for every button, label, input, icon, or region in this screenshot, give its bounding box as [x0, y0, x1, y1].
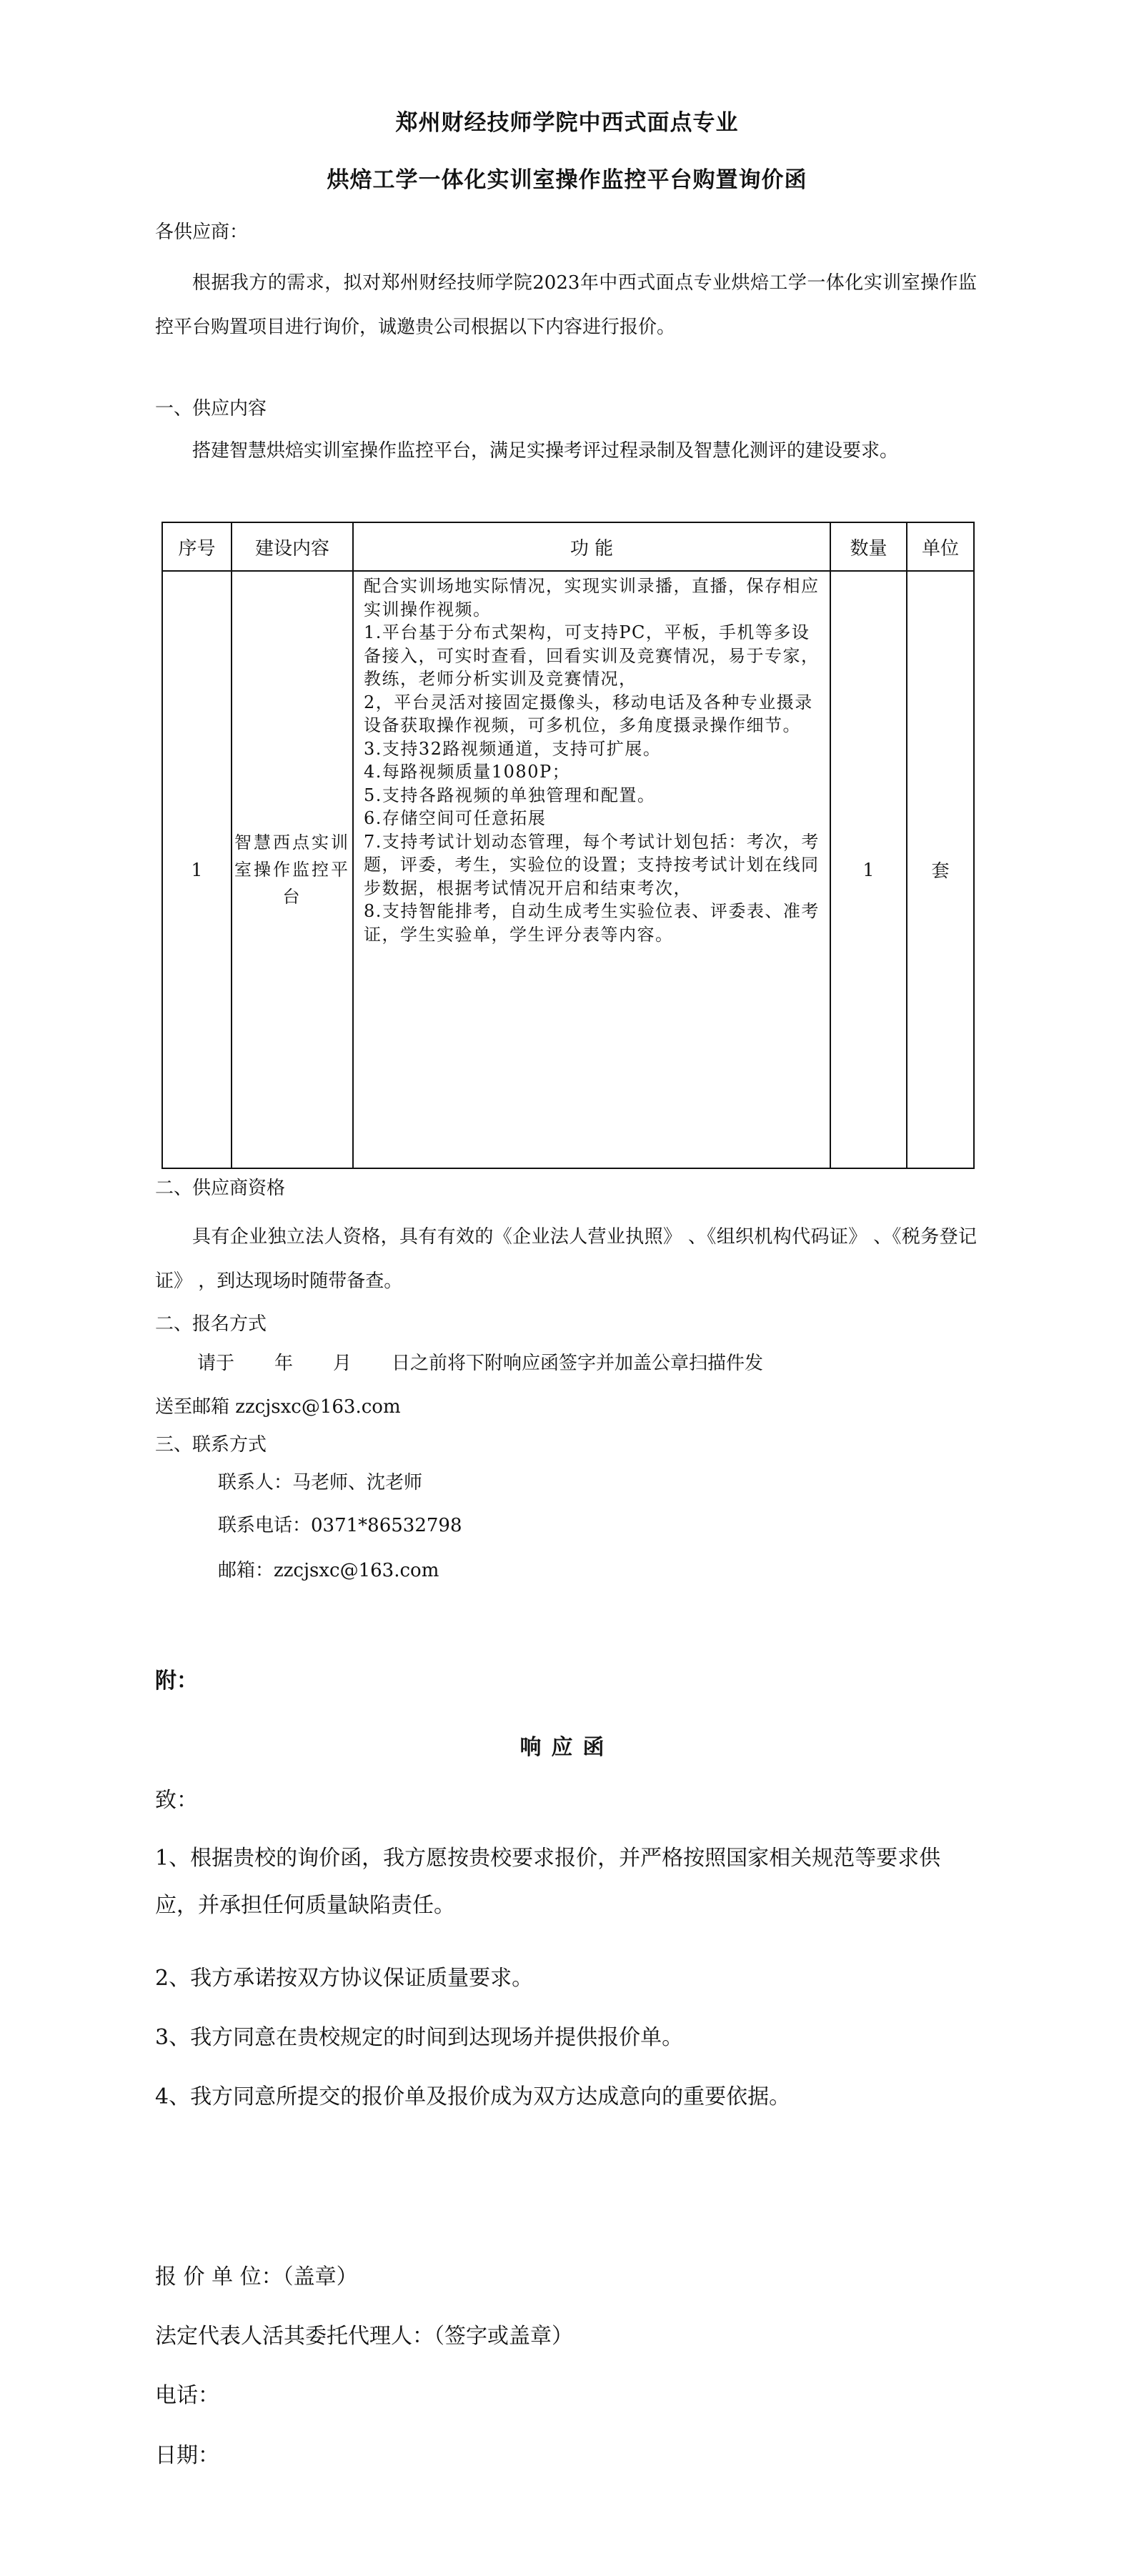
- table-row: 1 智慧西点实训室操作监控平台 配合实训场地实际情况，实现实训录播，直播，保存相…: [162, 571, 974, 1168]
- attachment-label: 附：: [155, 1669, 198, 1694]
- table-header-row: 序号 建设内容 功 能 数量 单位: [162, 522, 974, 571]
- signature-phone: 电话：: [155, 2384, 219, 2408]
- deadline-year-label: 年: [274, 1353, 293, 1374]
- document-title-line-1: 郑州财经技师学院中西式面点专业: [0, 104, 1134, 136]
- section-4-heading: 三、联系方式: [155, 1434, 267, 1456]
- function-line: 3.支持32路视频通道，支持可扩展。: [364, 737, 822, 761]
- salutation: 各供应商：: [155, 222, 248, 243]
- deadline-prefix: 请于: [197, 1353, 234, 1374]
- deadline-month-label: 月: [333, 1353, 352, 1374]
- section-3-heading: 二、报名方式: [155, 1313, 267, 1335]
- function-line: 7.支持考试计划动态管理，每个考试计划包括：考次，考题，评委，考生，实验位的设置…: [364, 830, 822, 900]
- cell-unit: 套: [907, 571, 974, 1168]
- cell-content: 智慧西点实训室操作监控平台: [232, 571, 353, 1168]
- cell-functions: 配合实训场地实际情况，实现实训录播，直播，保存相应实训操作视频。 1.平台基于分…: [353, 571, 830, 1168]
- cell-index: 1: [162, 571, 232, 1168]
- signature-date: 日期：: [155, 2444, 219, 2468]
- function-line: 5.支持各路视频的单独管理和配置。: [364, 784, 822, 807]
- header-function: 功 能: [353, 522, 830, 571]
- response-item-4: 4、我方同意所提交的报价单及报价成为双方达成意向的重要依据。: [155, 2085, 790, 2109]
- spec-table: 序号 建设内容 功 能 数量 单位 1 智慧西点实训室操作监控平台 配合实训场地…: [161, 522, 975, 1169]
- signature-company: 报 价 单 位：（盖章）: [155, 2265, 358, 2289]
- response-item-2: 2、我方承诺按双方协议保证质量要求。: [155, 1966, 533, 1991]
- cell-quantity: 1: [830, 571, 907, 1168]
- function-line: 2，平台灵活对接固定摄像头，移动电话及各种专业摄录设备获取操作视频，可多机位，多…: [364, 691, 822, 737]
- signature-representative: 法定代表人活其委托代理人：（签字或盖章）: [155, 2324, 573, 2349]
- submission-email-line: 送至邮箱 zzcjsxc@163.com: [155, 1396, 401, 1418]
- response-item-1: 1、根据贵校的询价函，我方愿按贵校要求报价，并严格按照国家相关规范等要求供应，并…: [155, 1835, 977, 1929]
- contact-email: 邮箱：zzcjsxc@163.com: [218, 1560, 439, 1581]
- section-1-heading: 一、供应内容: [155, 398, 267, 419]
- deadline-suffix: 日之前将下附响应函签字并加盖公章扫描件发: [392, 1353, 763, 1374]
- function-line: 1.平台基于分布式架构，可支持PC，平板，手机等多设备接入，可实时查看，回看实训…: [364, 621, 822, 691]
- section-1-text: 搭建智慧烘焙实训室操作监控平台，满足实操考评过程录制及智慧化测评的建设要求。: [155, 429, 977, 473]
- response-item-3: 3、我方同意在贵校规定的时间到达现场并提供报价单。: [155, 2026, 683, 2050]
- function-line: 8.支持智能排考，自动生成考生实验位表、评委表、准考证，学生实验单，学生评分表等…: [364, 900, 822, 946]
- intro-paragraph: 根据我方的需求，拟对郑州财经技师学院2023年中西式面点专业烘焙工学一体化实训室…: [155, 261, 977, 349]
- deadline-line: 请于年月日之前将下附响应函签字并加盖公章扫描件发: [197, 1353, 763, 1374]
- response-letter-title: 响应函: [0, 1729, 1134, 1761]
- header-index: 序号: [162, 522, 232, 571]
- document-title-line-2: 烘焙工学一体化实训室操作监控平台购置询价函: [0, 161, 1134, 194]
- contact-person: 联系人：马老师、沈老师: [218, 1472, 422, 1493]
- function-line: 4.每路视频质量1080P；: [364, 760, 822, 784]
- section-2-heading: 二、供应商资格: [155, 1178, 285, 1199]
- header-content: 建设内容: [232, 522, 353, 571]
- header-unit: 单位: [907, 522, 974, 571]
- section-2-text: 具有企业独立法人资格，具有有效的《企业法人营业执照》 、《组织机构代码证》 、《…: [155, 1215, 977, 1303]
- contact-phone: 联系电话：0371*86532798: [218, 1515, 462, 1536]
- function-line: 配合实训场地实际情况，实现实训录播，直播，保存相应实训操作视频。: [364, 575, 822, 621]
- header-quantity: 数量: [830, 522, 907, 571]
- response-to: 致：: [155, 1789, 198, 1813]
- function-line: 6.存储空间可任意拓展: [364, 807, 822, 830]
